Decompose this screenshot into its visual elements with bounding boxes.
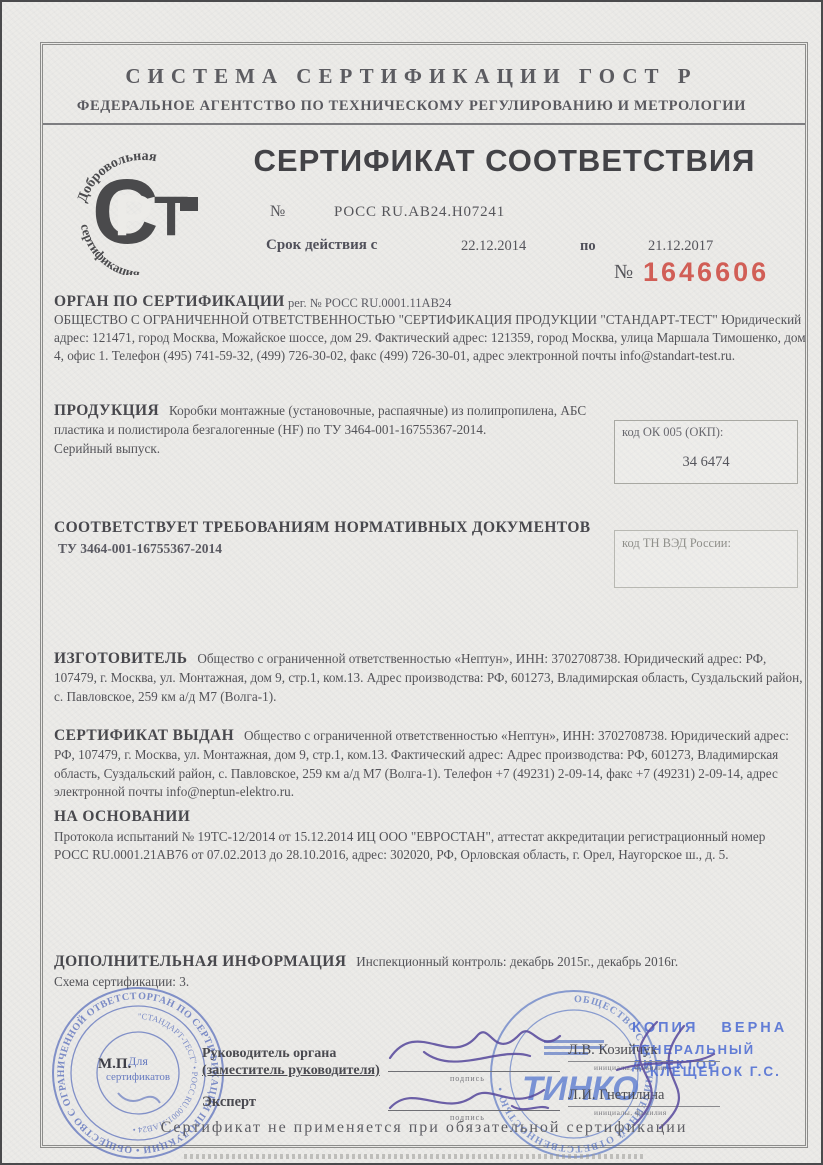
header-divider <box>43 123 805 125</box>
validity-from-date: 22.12.2014 <box>461 238 526 255</box>
svg-text:Т: Т <box>154 184 188 247</box>
issued-to-heading: СЕРТИФИКАТ ВЫДАН <box>54 727 234 744</box>
okp-code-value: 34 6474 <box>614 454 798 471</box>
head-signature-ink <box>390 1031 560 1061</box>
additional-info-paragraph: ДОПОЛНИТЕЛЬНАЯ ИНФОРМАЦИЯ Инспекционный … <box>54 951 802 972</box>
rst-voluntary-certification-logo: Добровольная сертификация С Р Т <box>62 135 224 275</box>
basis-heading: НА ОСНОВАНИИ <box>54 808 190 826</box>
cert-number-label: № <box>270 203 285 221</box>
certificate-page: СИСТЕМА СЕРТИФИКАЦИИ ГОСТ Р ФЕДЕРАЛЬНОЕ … <box>0 0 823 1165</box>
certificate-title: СЕРТИФИКАТ СООТВЕТСТВИЯ <box>217 143 792 179</box>
product-heading: ПРОДУКЦИЯ <box>54 402 159 419</box>
agency-line: ФЕДЕРАЛЬНОЕ АГЕНТСТВО ПО ТЕХНИЧЕСКОМУ РЕ… <box>2 98 821 115</box>
okp-code-label: код ОК 005 (ОКП): <box>622 425 723 440</box>
additional-info-heading: ДОПОЛНИТЕЛЬНАЯ ИНФОРМАЦИЯ <box>54 953 346 970</box>
cert-number-value: РОСС RU.АВ24.Н07241 <box>334 204 505 221</box>
validity-to-date: 21.12.2017 <box>648 238 713 255</box>
tnved-code-label: код ТН ВЭД России: <box>622 536 731 551</box>
printer-fine-print <box>184 1154 644 1159</box>
validity-to-label: по <box>580 238 596 255</box>
footer-note: Сертификат не применяется при обязательн… <box>42 1119 806 1137</box>
stamp-place-label: М.П. <box>98 1056 131 1073</box>
rst-mark-glyph: С Р Т <box>92 161 198 263</box>
blank-number-sign: № <box>614 261 633 284</box>
organ-heading: ОРГАН ПО СЕРТИФИКАЦИИ <box>54 293 285 311</box>
issued-to-paragraph: СЕРТИФИКАТ ВЫДАН Общество с ограниченной… <box>54 725 810 801</box>
flourish-ink <box>617 1022 714 1128</box>
product-serial: Серийный выпуск. <box>54 440 626 458</box>
system-line: СИСТЕМА СЕРТИФИКАЦИИ ГОСТ Р <box>2 64 821 89</box>
blank-number-value: 1646606 <box>643 257 769 288</box>
manufacturer-paragraph: ИЗГОТОВИТЕЛЬ Общество с ограниченной отв… <box>54 648 808 706</box>
conforms-value: ТУ 3464-001-16755367-2014 <box>58 541 222 557</box>
svg-text:Р: Р <box>114 183 153 248</box>
head-of-body-label: Руководитель органа <box>202 1046 336 1062</box>
expert-label: Эксперт <box>202 1094 256 1111</box>
organ-reg-number: рег. № РОСС RU.0001.11АВ24 <box>288 296 451 311</box>
expert-signature-ink <box>390 1090 548 1109</box>
manufacturer-heading: ИЗГОТОВИТЕЛЬ <box>54 650 187 667</box>
organ-text: ОБЩЕСТВО С ОГРАНИЧЕННОЙ ОТВЕТСТВЕННОСТЬЮ… <box>54 311 806 366</box>
basis-text: Протокола испытаний № 19ТС-12/2014 от 15… <box>54 828 802 864</box>
product-paragraph: ПРОДУКЦИЯ Коробки монтажные (установочны… <box>54 400 626 458</box>
conforms-heading: СООТВЕТСТВУЕТ ТРЕБОВАНИЯМ НОРМАТИВНЫХ ДО… <box>54 519 591 537</box>
deputy-head-label: (заместитель руководителя) <box>202 1063 380 1079</box>
additional-info-text: Инспекционный контроль: декабрь 2015г., … <box>356 954 678 969</box>
validity-label: Срок действия с <box>266 237 377 254</box>
